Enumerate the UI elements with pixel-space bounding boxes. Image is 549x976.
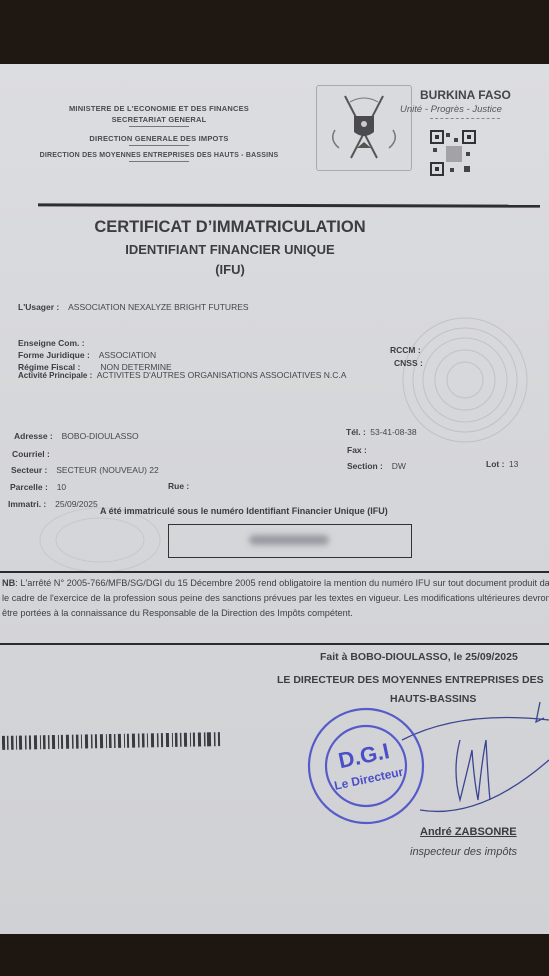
ifu-number-box (168, 524, 412, 558)
field-label: Adresse : (14, 431, 53, 441)
ifu-statement: A été immatriculé sous le numéro Identif… (100, 506, 388, 516)
qr-code-icon (430, 130, 476, 176)
certificate-title: CERTIFICAT D’IMMATRICULATION (0, 218, 460, 237)
certificate-abbreviation: (IFU) (0, 262, 460, 277)
field-activite: Activité Principale : ACTIVITES D'AUTRES… (18, 370, 346, 380)
field-section: Section : DW (347, 456, 406, 474)
directorate-general-text: DIRECTION GENERALE DES IMPOTS (89, 134, 228, 143)
issue-place-date: Fait à BOBO-DIOULASSO, le 25/09/2025 (320, 651, 518, 663)
field-label: Courriel : (12, 449, 50, 459)
field-value: ASSOCIATION NEXALYZE BRIGHT FUTURES (68, 302, 248, 312)
field-label: Parcelle : (10, 482, 48, 492)
secretariat-text: SECRETARIAT GENERAL (112, 115, 207, 124)
director-title: LE DIRECTEUR DES MOYENNES ENTREPRISES DE… (277, 674, 544, 686)
field-value: 13 (509, 459, 518, 469)
field-value: ACTIVITES D'AUTRES ORGANISATIONS ASSOCIA… (97, 370, 347, 380)
nb-text: : L'arrêté N° 2005-766/MFB/SG/DGI du 15 … (2, 578, 549, 618)
redacted-ifu-number (249, 535, 329, 545)
field-label: Rue : (168, 481, 189, 491)
signer-role: inspecteur des impôts (410, 846, 517, 858)
coat-of-arms-icon (316, 85, 412, 171)
field-value: DW (392, 461, 406, 471)
field-label: Tél. : (346, 427, 366, 437)
signer-name: André ZABSONRE (420, 826, 517, 838)
field-value: 10 (57, 482, 66, 492)
field-parcelle: Parcelle : 10 (10, 477, 66, 495)
regional-directorate-name: DIRECTION DES MOYENNES ENTREPRISES DES H… (0, 152, 318, 162)
field-label: Secteur : (11, 465, 47, 475)
national-motto: Unité - Progrès - Justice (400, 104, 502, 115)
field-value: BOBO-DIOULASSO (62, 431, 139, 441)
background-surface (0, 934, 549, 976)
field-lot: Lot : 13 (486, 454, 518, 472)
field-label: Section : (347, 461, 383, 471)
field-cnss: CNSS : (394, 353, 423, 371)
directorate-general-name: DIRECTION GENERALE DES IMPOTS (0, 134, 318, 146)
dgi-stamp: D.G.I Le Directeur (305, 705, 427, 827)
field-rue: Rue : (168, 476, 189, 494)
regional-directorate-text: DIRECTION DES MOYENNES ENTREPRISES DES H… (40, 152, 279, 159)
field-telephone: Tél. : 53-41-08-38 (346, 422, 417, 440)
field-value: SECTEUR (NOUVEAU) 22 (56, 465, 159, 475)
field-label: Immatri. : (8, 499, 46, 509)
field-value: 25/09/2025 (55, 499, 98, 509)
country-name: BURKINA FASO (420, 88, 511, 102)
field-label: Activité Principale : (18, 371, 92, 380)
field-label: L'Usager : (18, 302, 59, 312)
field-value: 53-41-08-38 (370, 427, 416, 437)
nb-prefix: NB (2, 578, 15, 588)
divider (430, 118, 500, 119)
field-immatriculation: Immatri. : 25/09/2025 (8, 494, 98, 512)
field-label: Lot : (486, 459, 504, 469)
field-usager: L'Usager : ASSOCIATION NEXALYZE BRIGHT F… (18, 297, 249, 315)
field-adresse: Adresse : BOBO-DIOULASSO (14, 426, 139, 444)
ministry-name: MINISTERE DE L'ECONOMIE ET DES FINANCES (0, 104, 318, 113)
secretariat-name: SECRETARIAT GENERAL (0, 115, 318, 127)
nb-notice: NB: L'arrêté N° 2005-766/MFB/SG/DGI du 1… (0, 571, 549, 645)
field-label: Fax : (347, 445, 367, 455)
field-secteur: Secteur : SECTEUR (NOUVEAU) 22 (11, 460, 159, 478)
certificate-subtitle: IDENTIFIANT FINANCIER UNIQUE (0, 242, 460, 257)
field-label: CNSS : (394, 358, 423, 368)
